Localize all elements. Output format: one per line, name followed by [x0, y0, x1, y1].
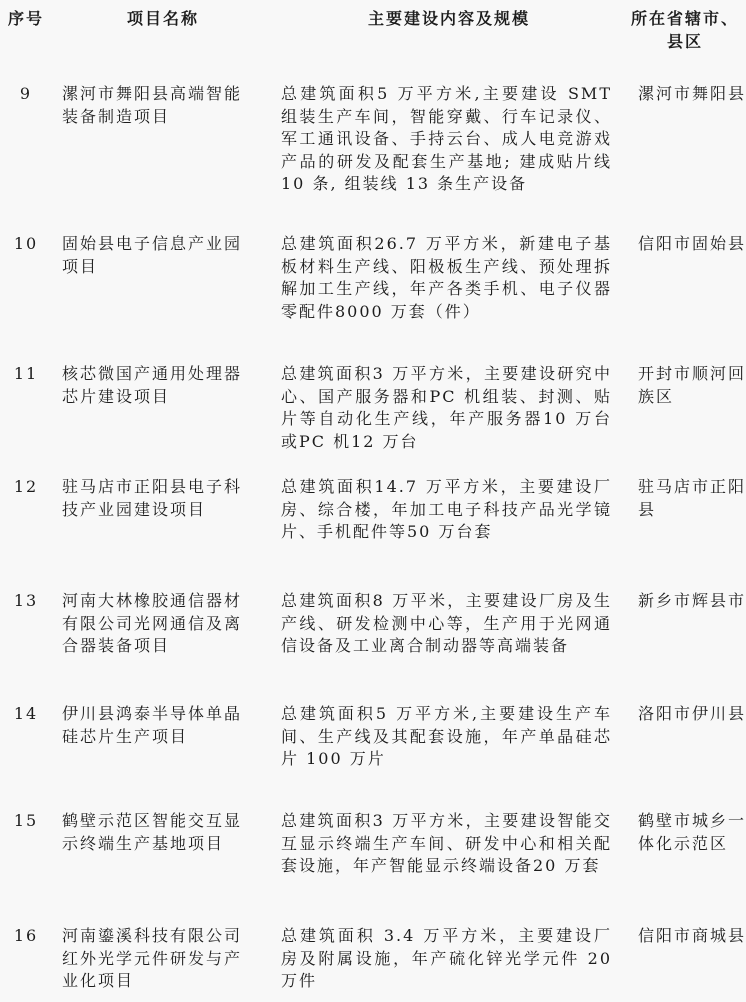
project-name-cell: 河南大林橡胶通信器材有限公司光网通信及离合器装备项目: [52, 590, 274, 658]
header-construction-content: 主要建设内容及规模: [274, 8, 624, 31]
location-cell: 洛阳市伊川县: [624, 703, 746, 726]
row-number-cell: 16: [0, 925, 52, 948]
project-name-cell: 鹤壁示范区智能交互显示终端生产基地项目: [52, 810, 274, 855]
project-name-cell: 固始县电子信息产业园项目: [52, 233, 274, 278]
row-number-cell: 9: [0, 83, 52, 106]
header-location: 所在省辖市、县区: [624, 8, 746, 53]
location-cell: 信阳市商城县: [624, 925, 746, 948]
project-name-cell: 漯河市舞阳县高端智能装备制造项目: [52, 83, 274, 128]
construction-content-cell: 总建筑面积26.7 万平方米，新建电子基板材料生产线、阳极板生产线、预处理拆解加…: [274, 233, 624, 323]
location-cell: 新乡市辉县市: [624, 590, 746, 613]
project-name-cell: 核芯微国产通用处理器芯片建设项目: [52, 363, 274, 408]
location-cell: 开封市顺河回族区: [624, 363, 746, 408]
construction-content-cell: 总建筑面积5 万平方米,主要建设生产车间、生产线及其配套设施，年产单晶硅芯片 1…: [274, 703, 624, 771]
location-cell: 漯河市舞阳县: [624, 83, 746, 106]
construction-content-cell: 总建筑面积 3.4 万平方米，主要建设厂房及附属设施，年产硫化锌光学元件 20 …: [274, 925, 624, 993]
project-name-cell: 驻马店市正阳县电子科技产业园建设项目: [52, 476, 274, 521]
table-header-row: 序号 项目名称 主要建设内容及规模 所在省辖市、县区: [0, 8, 746, 83]
header-project-name: 项目名称: [52, 8, 274, 31]
row-number-cell: 15: [0, 810, 52, 833]
construction-content-cell: 总建筑面积14.7 万平方米，主要建设厂房、综合楼，年加工电子科技产品光学镜片、…: [274, 476, 624, 544]
table-row: 14 伊川县鸿泰半导体单晶硅芯片生产项目 总建筑面积5 万平方米,主要建设生产车…: [0, 703, 746, 810]
row-number-cell: 13: [0, 590, 52, 613]
header-number: 序号: [0, 8, 52, 31]
table-row: 13 河南大林橡胶通信器材有限公司光网通信及离合器装备项目 总建筑面积8 万平米…: [0, 590, 746, 703]
project-name-cell: 河南鎏溪科技有限公司红外光学元件研发与产业化项目: [52, 925, 274, 993]
row-number-cell: 10: [0, 233, 52, 256]
row-number-cell: 11: [0, 363, 52, 386]
construction-content-cell: 总建筑面积5 万平方米,主要建设 SMT 组装生产车间，智能穿戴、行车记录仪、军…: [274, 83, 624, 196]
construction-content-cell: 总建筑面积8 万平米，主要建设厂房及生产线、研发检测中心等，生产用于光网通信设备…: [274, 590, 624, 658]
construction-content-cell: 总建筑面积3 万平方米，主要建设研究中心、国产服务器和PC 机组装、封测、贴片等…: [274, 363, 624, 453]
table-row: 15 鹤壁示范区智能交互显示终端生产基地项目 总建筑面积3 万平方米，主要建设智…: [0, 810, 746, 925]
location-cell: 鹤壁市城乡一体化示范区: [624, 810, 746, 855]
location-cell: 驻马店市正阳县: [624, 476, 746, 521]
row-number-cell: 12: [0, 476, 52, 499]
table-row: 12 驻马店市正阳县电子科技产业园建设项目 总建筑面积14.7 万平方米，主要建…: [0, 476, 746, 590]
table-row: 10 固始县电子信息产业园项目 总建筑面积26.7 万平方米，新建电子基板材料生…: [0, 233, 746, 363]
projects-table: 序号 项目名称 主要建设内容及规模 所在省辖市、县区 9 漯河市舞阳县高端智能装…: [0, 0, 746, 993]
location-cell: 信阳市固始县: [624, 233, 746, 256]
row-number-cell: 14: [0, 703, 52, 726]
table-row: 9 漯河市舞阳县高端智能装备制造项目 总建筑面积5 万平方米,主要建设 SMT …: [0, 83, 746, 233]
table-row: 16 河南鎏溪科技有限公司红外光学元件研发与产业化项目 总建筑面积 3.4 万平…: [0, 925, 746, 993]
table-row: 11 核芯微国产通用处理器芯片建设项目 总建筑面积3 万平方米，主要建设研究中心…: [0, 363, 746, 476]
project-name-cell: 伊川县鸿泰半导体单晶硅芯片生产项目: [52, 703, 274, 748]
construction-content-cell: 总建筑面积3 万平方米，主要建设智能交互显示终端生产车间、研发中心和相关配套设施…: [274, 810, 624, 878]
